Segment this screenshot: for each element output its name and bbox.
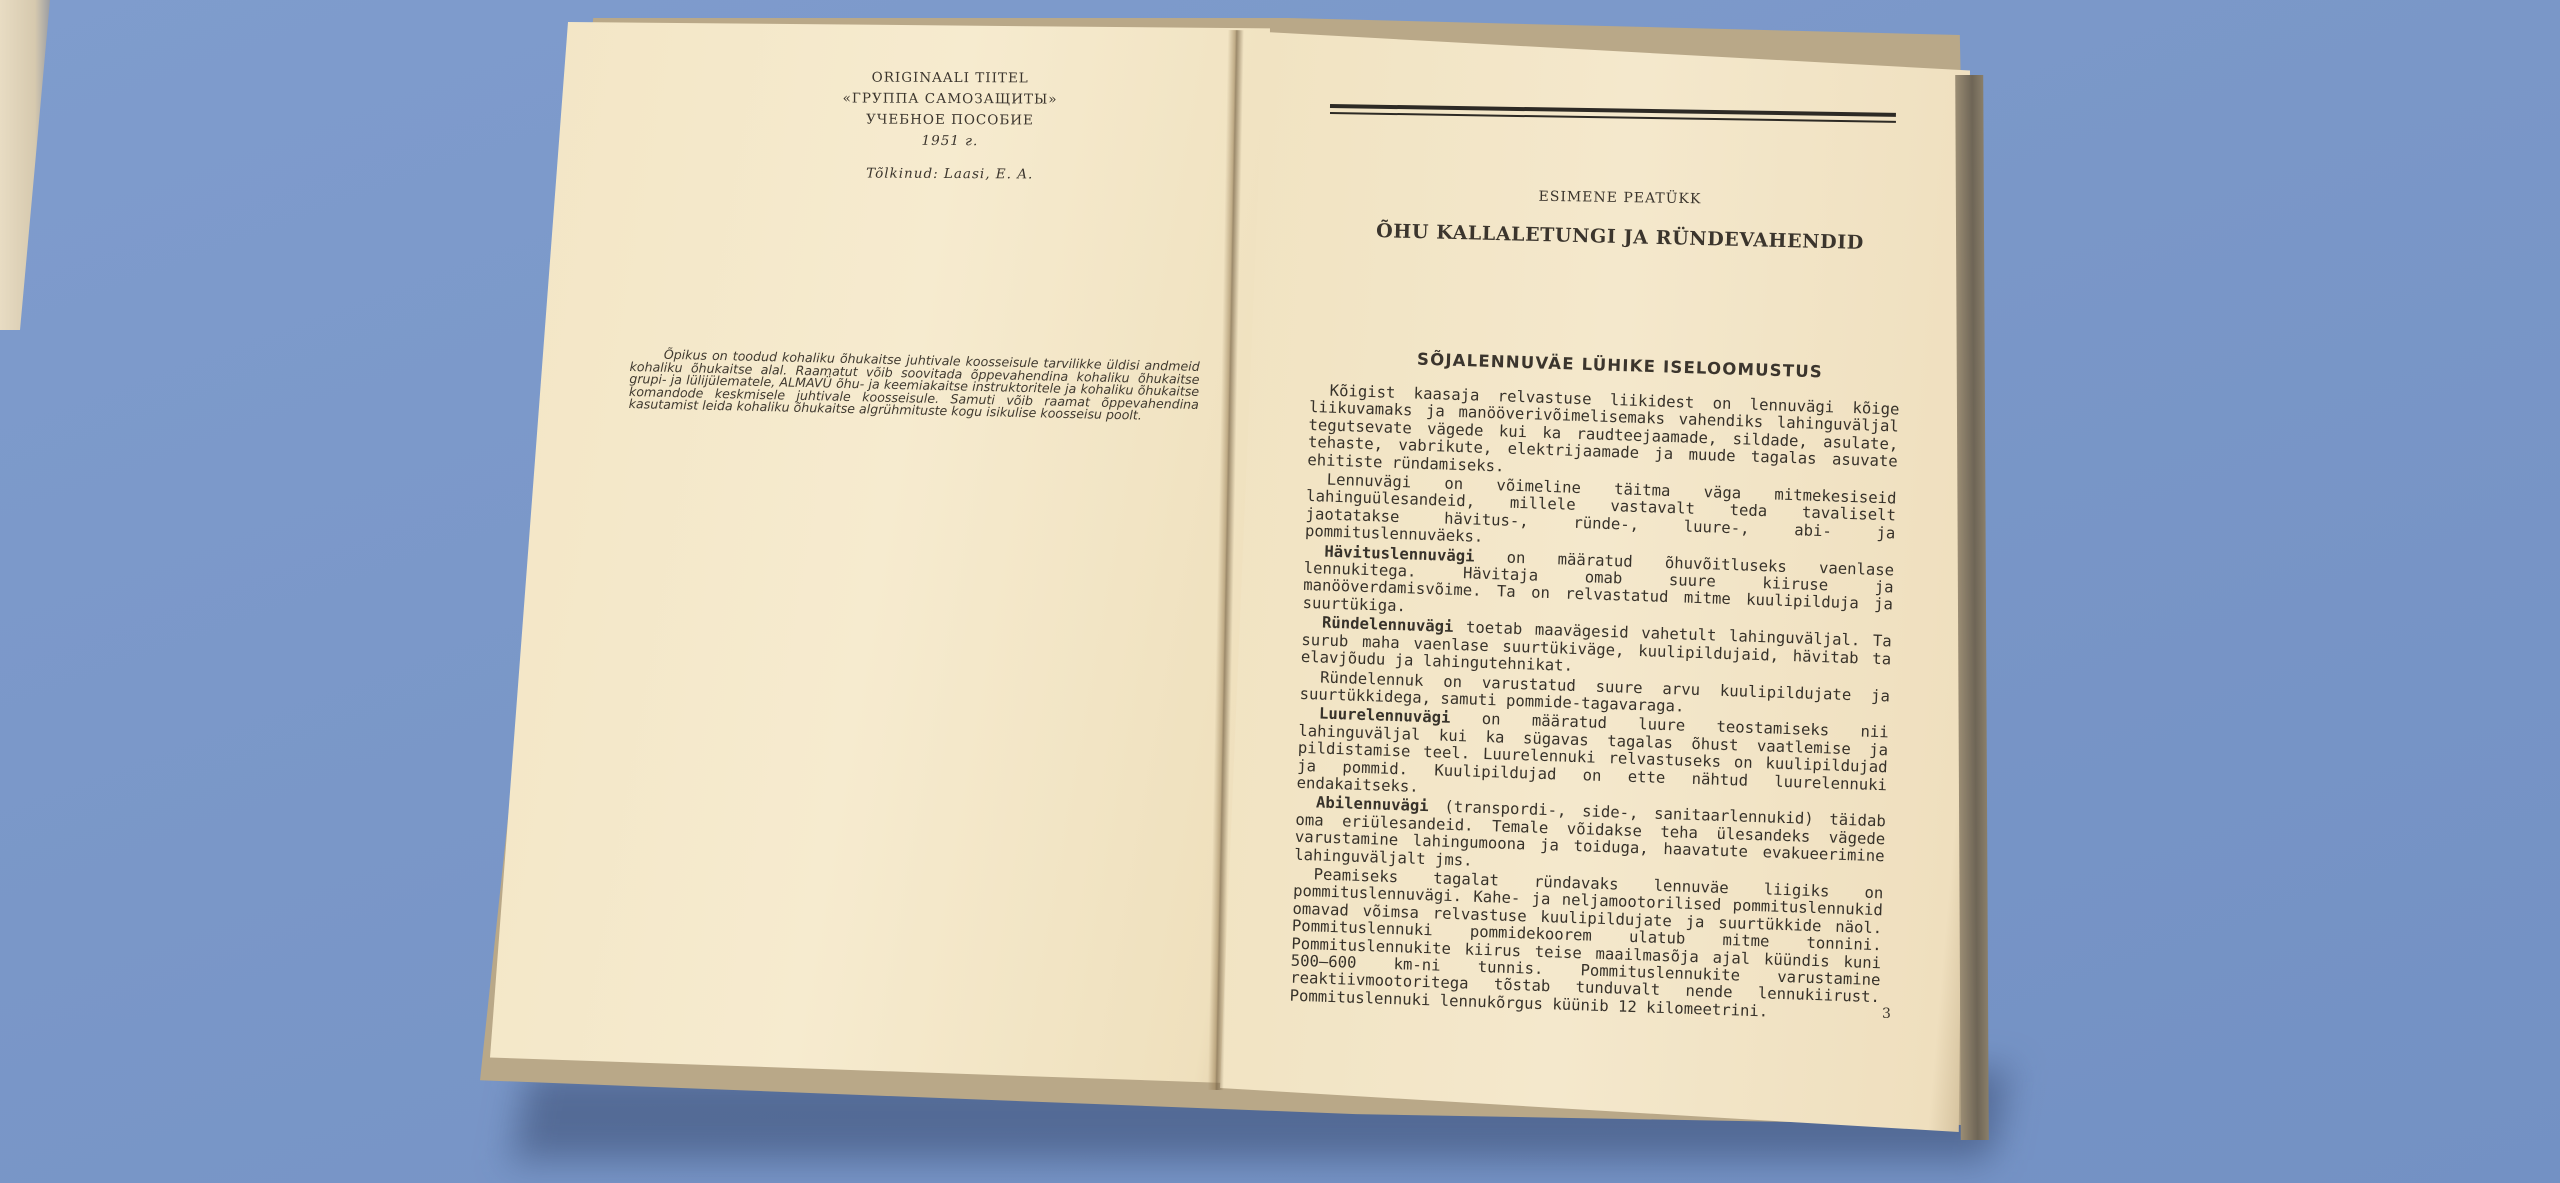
original-title-block: ORIGINAALI TIITEL «ГРУППА САМОЗАЩИТЫ» УЧ…	[760, 67, 1141, 186]
abstract-text: Õpikus on toodud kohaliku õhukaitse juht…	[629, 348, 1200, 424]
translator-credit: Tõlkinud: Laasi, E. A.	[760, 163, 1140, 186]
publication-year: 1951 г.	[760, 130, 1140, 153]
original-title-label: ORIGINAALI TIITEL	[760, 67, 1140, 90]
russian-title: «ГРУППА САМОЗАЩИТЫ»	[760, 88, 1140, 111]
adjacent-book-edge	[0, 0, 50, 330]
paragraph-text: Peamiseks tagalat ründavaks lennuväe lii…	[1289, 865, 1883, 1020]
russian-subtitle: УЧЕБНОЕ ПОСОБИЕ	[760, 109, 1140, 132]
chapter-body: Kõigist kaasaja relvastuse liikidest on …	[1289, 382, 1899, 1026]
page-number: 3	[1882, 1006, 1891, 1022]
page-block-edge	[1955, 75, 1989, 1140]
paragraph: Peamiseks tagalat ründavaks lennuväe lii…	[1289, 866, 1883, 1025]
book-abstract: Õpikus on toodud kohaliku õhukaitse juht…	[629, 348, 1200, 424]
